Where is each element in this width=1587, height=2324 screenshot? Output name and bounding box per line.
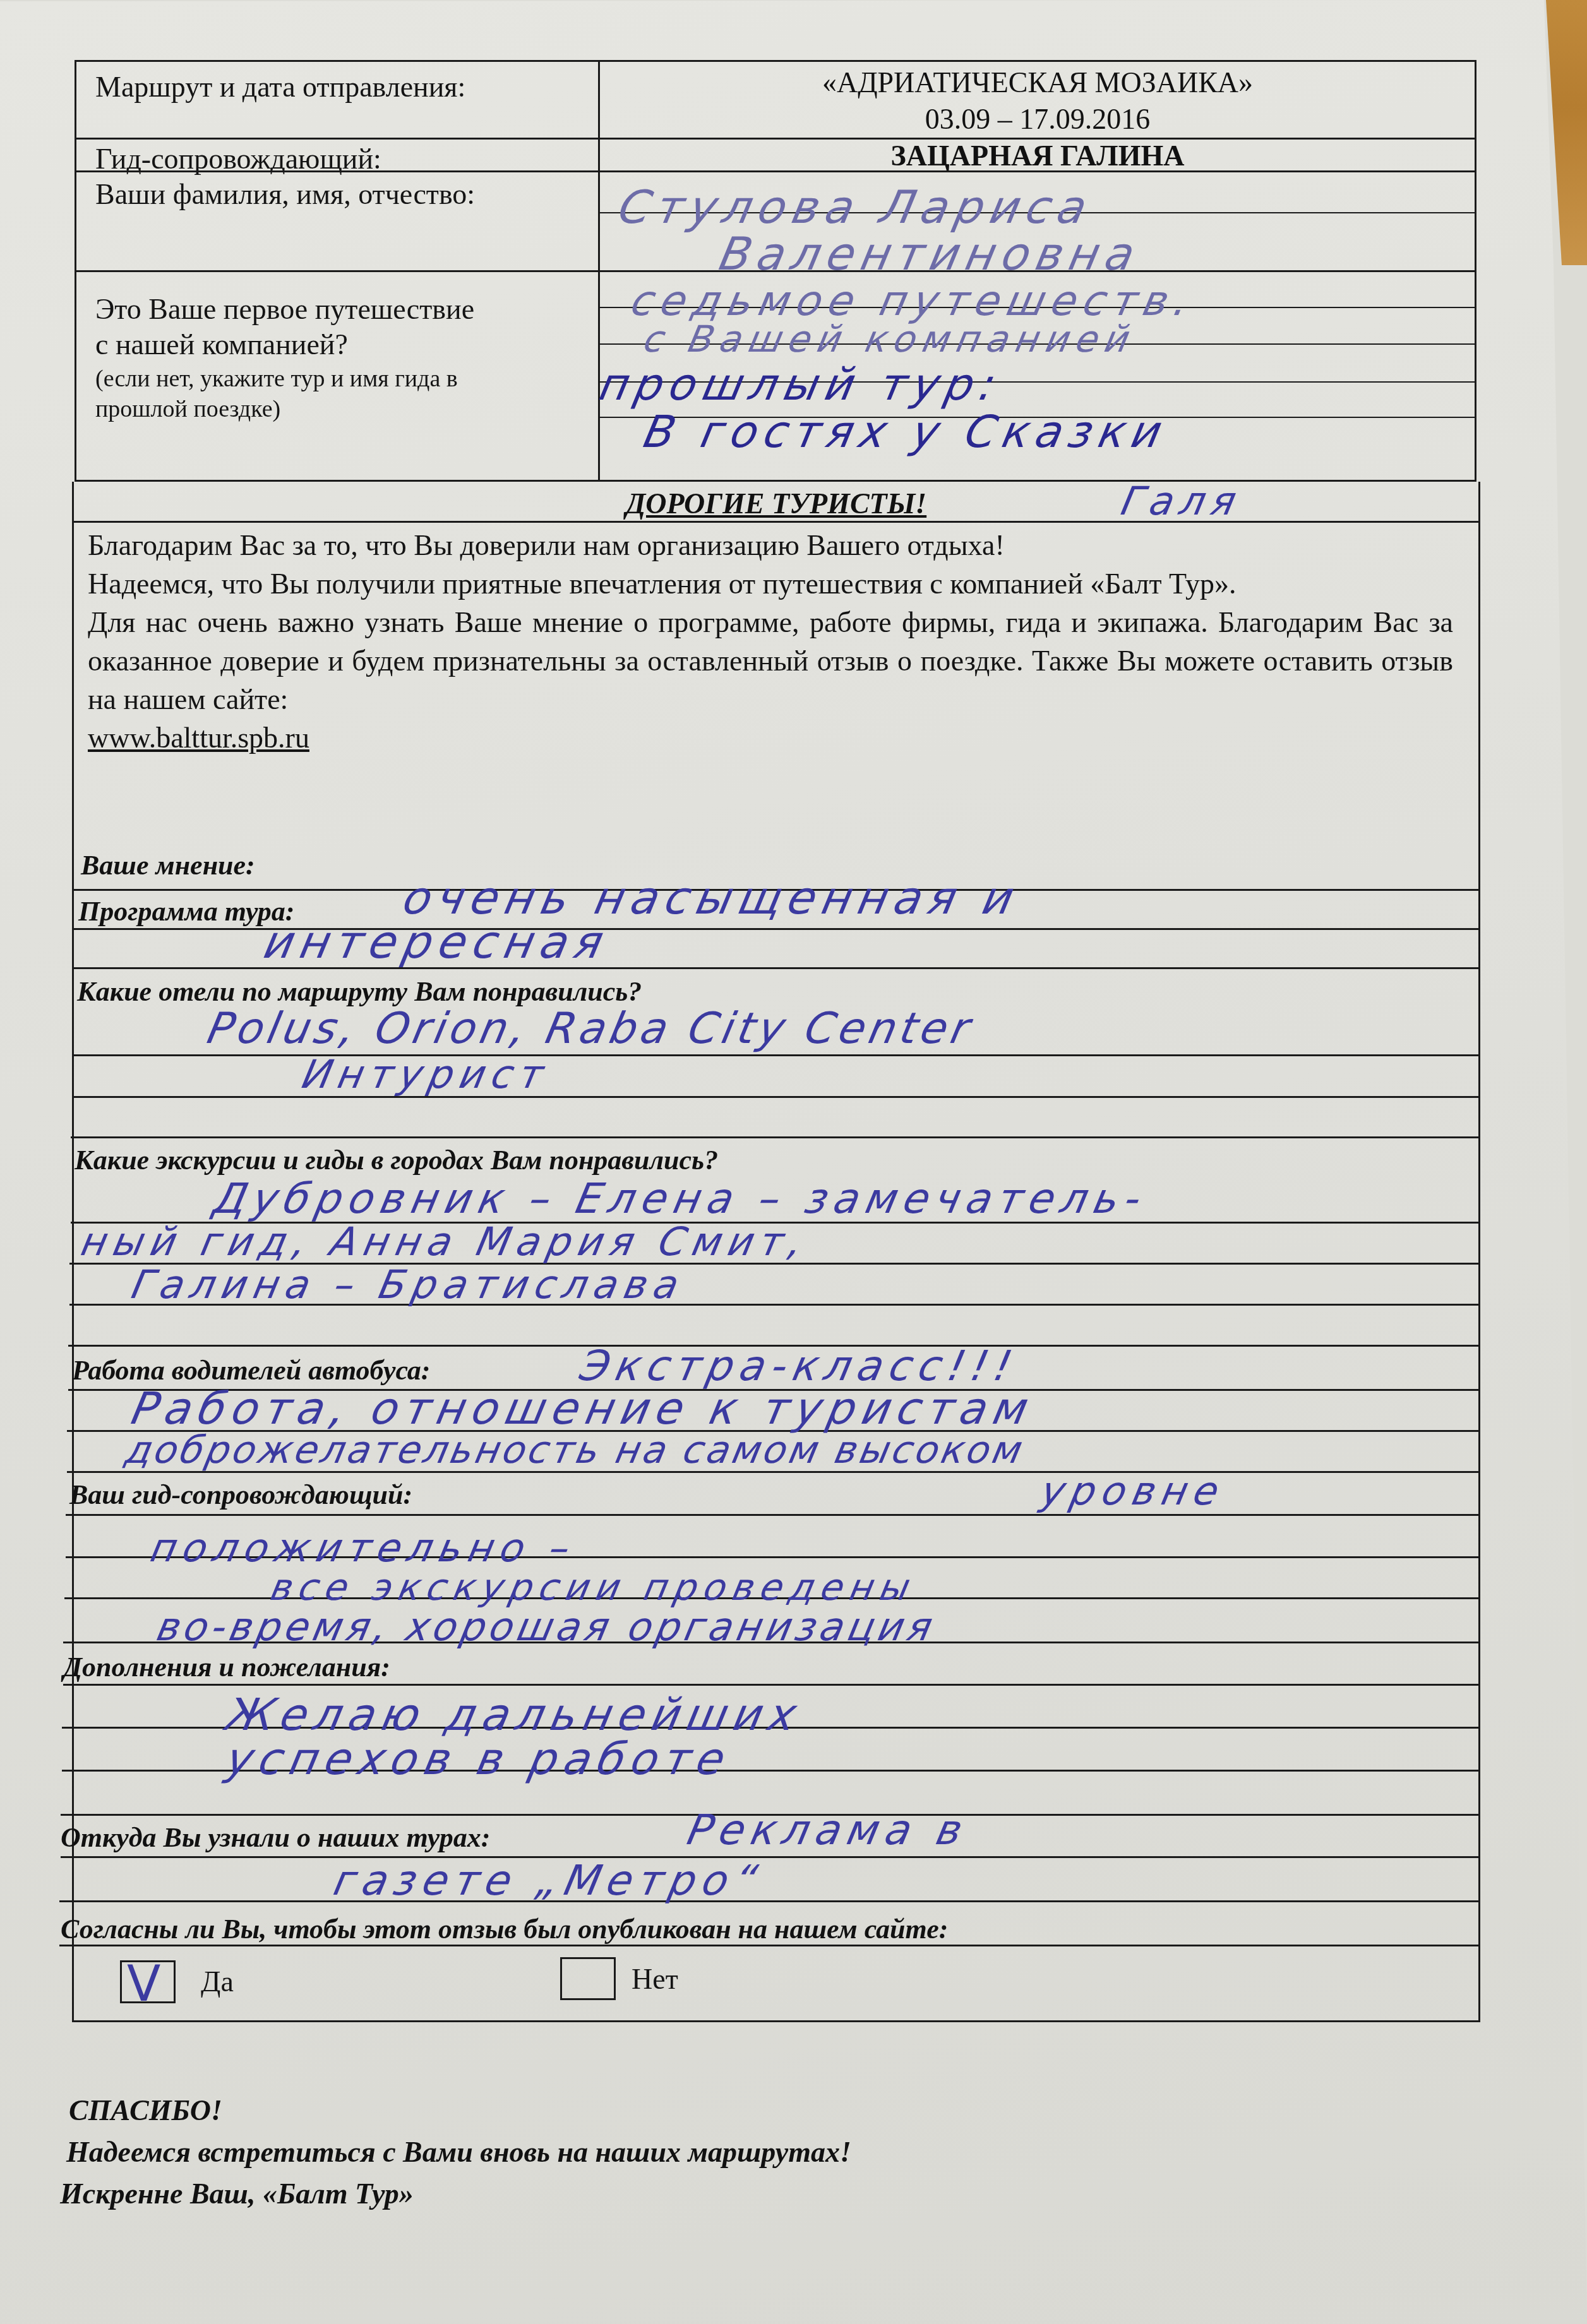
- guide-value-1: положительно –: [147, 1525, 580, 1571]
- feedback-form: Маршрут и дата отправления: «АДРИАТИЧЕСК…: [0, 0, 1587, 2324]
- publish-no-checkbox[interactable]: [560, 1957, 616, 2000]
- first-trip-label-1: Это Ваше первое путешествие: [95, 292, 474, 326]
- publish-yes-label: Да: [201, 1965, 234, 1998]
- source-value-2: газете „Метро“: [330, 1856, 768, 1905]
- excursions-label: Какие экскурсии и гиды в городах Вам пон…: [75, 1144, 718, 1176]
- first-trip-line-2: с Вашей компанией: [640, 318, 1141, 361]
- writing-line: [63, 1684, 1480, 1686]
- tour-info-table: Маршрут и дата отправления: «АДРИАТИЧЕСК…: [75, 60, 1476, 482]
- writing-line: [71, 1136, 1480, 1138]
- drivers-value-2: Работа, отношение к туристам: [127, 1383, 1039, 1434]
- first-trip-line-3: прошлый тур:: [595, 359, 1007, 410]
- greeting-title: ДОРОГИЕ ТУРИСТЫ!: [74, 487, 1478, 520]
- thanks-text: СПАСИБО!: [60, 2090, 851, 2131]
- source-value-1: Реклама в: [683, 1806, 973, 1854]
- source-label: Откуда Вы узнали о наших турах:: [61, 1821, 490, 1854]
- publish-no-label: Нет: [632, 1962, 678, 1996]
- drivers-value-3: доброжелательность на самом высоком: [122, 1428, 1029, 1472]
- drivers-label: Работа водителей автобуса:: [72, 1354, 431, 1386]
- first-trip-label-2: с нашей компанией?: [95, 327, 348, 362]
- fullname-line-2: Валентиновна: [715, 227, 1146, 280]
- greeting-paragraph: Для нас очень важно узнать Ваше мнение о…: [88, 603, 1453, 718]
- program-label: Программа тура:: [78, 895, 294, 927]
- opinion-title: Ваше мнение:: [81, 849, 255, 881]
- excursions-value-1: Дубровник – Елена – замечатель-: [210, 1174, 1152, 1223]
- guide-value-3: во-время, хорошая организация: [153, 1604, 940, 1650]
- drivers-value-4: уровне: [1037, 1468, 1230, 1514]
- signature-text: Искренне Ваш, «Балт Тур»: [60, 2173, 851, 2215]
- writing-line: [66, 1514, 1480, 1516]
- website-link[interactable]: www.balttur.spb.ru: [88, 722, 309, 754]
- writing-line: [72, 1096, 1480, 1098]
- program-value-2: интересная: [260, 915, 614, 968]
- hotels-value-2: Интурист: [298, 1051, 554, 1097]
- writing-line: [59, 1900, 1480, 1902]
- excursions-value-3: Галина – Братислава: [128, 1261, 689, 1308]
- first-trip-line-4: В гостях у Сказки: [639, 406, 1173, 458]
- hotels-label: Какие отели по маршруту Вам понравились?: [77, 975, 642, 1008]
- guide-value-2: все экскурсии проведены: [267, 1566, 921, 1609]
- writing-line: [61, 1856, 1480, 1858]
- first-trip-guide: Галя: [1117, 478, 1247, 524]
- first-trip-hint-1: (если нет, укажите тур и имя гида в: [95, 365, 458, 394]
- hotels-value-1: Polus, Orion, Raba City Center: [203, 1004, 978, 1054]
- route-dates: 03.09 – 17.09.2016: [601, 101, 1475, 138]
- wishes-label: Дополнения и пожелания:: [63, 1651, 390, 1683]
- guide-feedback-label: Ваш гид-сопровождающий:: [69, 1479, 412, 1511]
- publish-label: Согласны ли Вы, чтобы этот отзыв был опу…: [61, 1913, 948, 1945]
- check-mark-icon: V: [127, 1956, 160, 2013]
- row-divider: [76, 270, 1475, 272]
- publish-yes-checkbox[interactable]: V: [120, 1960, 176, 2003]
- fullname-line-1: Стулова Лариса: [614, 181, 1098, 234]
- hope-text: Надеемся встретиться с Вами вновь на наш…: [60, 2131, 851, 2173]
- greeting-body: Благодарим Вас за то, что Вы доверили на…: [88, 526, 1453, 757]
- fullname-label: Ваши фамилия, имя, отчество:: [95, 177, 475, 212]
- wishes-value-2: успехов в работе: [222, 1733, 736, 1785]
- writing-line: [72, 1054, 1480, 1056]
- closing-text: СПАСИБО! Надеемся встретиться с Вами вно…: [60, 2090, 851, 2215]
- route-label: Маршрут и дата отправления:: [95, 69, 465, 104]
- guide-name: ЗАЦАРНАЯ ГАЛИНА: [601, 138, 1475, 174]
- first-trip-hint-2: прошлой поездке): [95, 395, 280, 424]
- excursions-value-2: ный гид, Анна Мария Смит,: [77, 1219, 813, 1265]
- row-divider: [74, 521, 1478, 523]
- row-divider: [76, 170, 1475, 172]
- route-name: «АДРИАТИЧЕСКАЯ МОЗАИКА»: [601, 64, 1475, 101]
- greeting-paragraph: Благодарим Вас за то, что Вы доверили на…: [88, 526, 1453, 564]
- greeting-paragraph: Надеемся, что Вы получили приятные впеча…: [88, 564, 1453, 603]
